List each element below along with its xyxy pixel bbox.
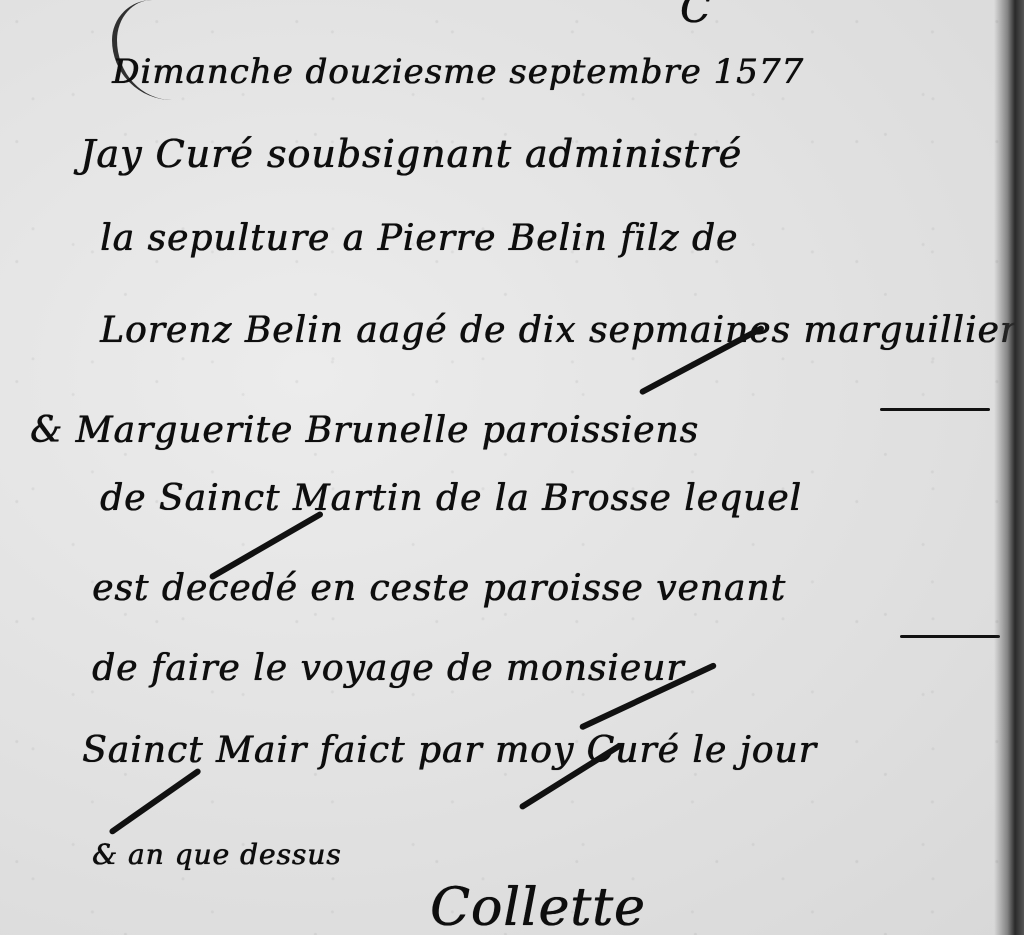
entry-line-7: est decedé en ceste paroisse venant xyxy=(92,568,786,609)
entry-line-3: la sepulture a Pierre Belin filz de xyxy=(100,218,738,259)
line-filler-stroke xyxy=(880,408,990,411)
curate-signature: Collette xyxy=(430,878,646,935)
top-margin-mark: C xyxy=(680,0,712,32)
entry-line-4: Lorenz Belin aagé de dix sepmaines margu… xyxy=(100,310,1018,351)
entry-line-9: Sainct Mair faict par moy Curé le jour xyxy=(82,730,817,771)
entry-line-5: & Marguerite Brunelle paroissiens xyxy=(30,410,699,451)
manuscript-page: C Dimanche douziesme septembre 1577 Jay … xyxy=(0,0,1024,935)
pen-flourish xyxy=(108,767,202,835)
entry-line-6: de Sainct Martin de la Brosse lequel xyxy=(100,478,802,519)
entry-line-8: de faire le voyage de monsieur xyxy=(92,648,684,689)
binding-gutter-shadow xyxy=(994,0,1024,935)
entry-line-10: & an que dessus xyxy=(92,838,342,871)
entry-line-2: Jay Curé soubsignant administré xyxy=(80,132,742,176)
entry-line-date: Dimanche douziesme septembre 1577 xyxy=(112,52,804,92)
line-filler-stroke xyxy=(900,635,1000,638)
